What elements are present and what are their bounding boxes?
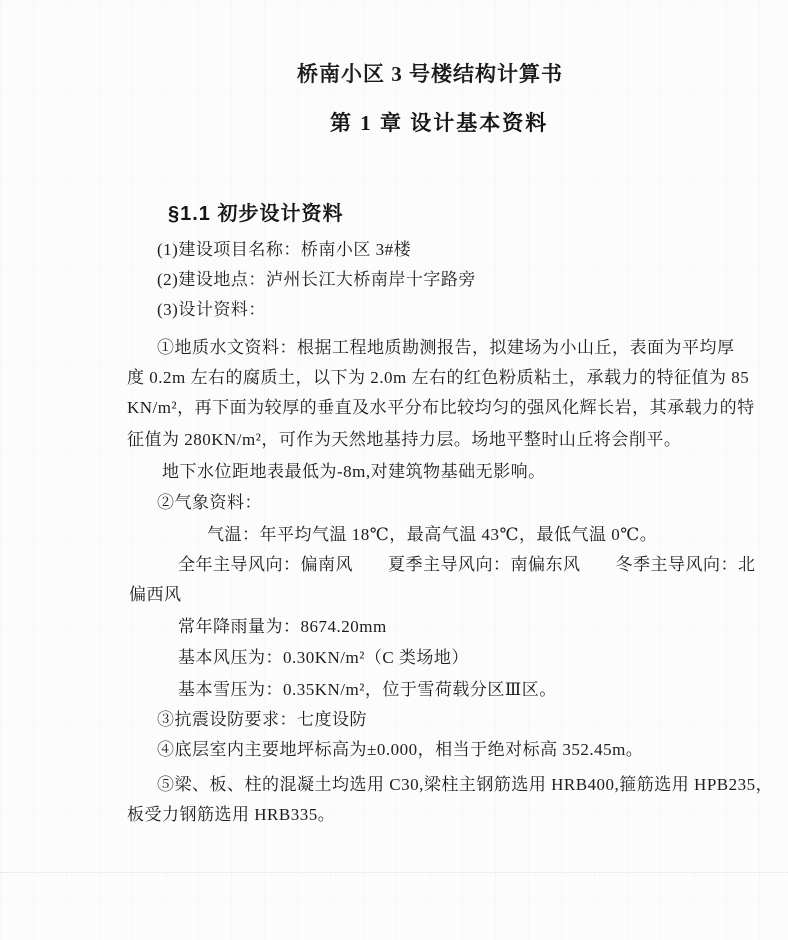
- doc-line-seismic: ③抗震设防要求：七度设防: [157, 707, 367, 733]
- doc-line-wind-dir-1: 全年主导风向：偏南风 夏季主导风向：南偏东风 冬季主导风向：北: [178, 552, 756, 578]
- doc-line-elevation: ④底层室内主要地坪标高为±0.000，相当于绝对标高 352.45m。: [157, 737, 643, 763]
- doc-line-geology-4: 征值为 280KN/m²，可作为天然地基持力层。场地平整时山丘将会削平。: [127, 427, 681, 453]
- document-page: 桥南小区 3 号楼结构计算书 第 1 章 设计基本资料 §1.1 初步设计资料 …: [0, 0, 788, 940]
- doc-line-wind-pressure: 基本风压为：0.30KN/m²（C 类场地）: [178, 645, 469, 671]
- doc-line-location: (2)建设地点：泸州长江大桥南岸十字路旁: [157, 267, 476, 293]
- document-title: 桥南小区 3 号楼结构计算书: [297, 58, 563, 88]
- doc-line-project-name: (1)建设项目名称：桥南小区 3#楼: [157, 237, 411, 263]
- section-heading: §1.1 初步设计资料: [168, 197, 343, 226]
- doc-line-design-data: (3)设计资料：: [157, 297, 266, 323]
- doc-line-geology-2: 度 0.2m 左右的腐质土，以下为 2.0m 左右的红色粉质粘土，承载力的特征值…: [127, 365, 749, 391]
- doc-line-groundwater: 地下水位距地表最低为-8m,对建筑物基础无影响。: [162, 459, 546, 485]
- doc-line-rainfall: 常年降雨量为：8674.20mm: [178, 614, 387, 640]
- doc-line-geology-1: ①地质水文资料：根据工程地质勘测报告，拟建场为小山丘，表面为平均厚: [157, 335, 735, 361]
- doc-line-weather-head: ②气象资料：: [157, 490, 262, 516]
- doc-line-materials-2: 板受力钢筋选用 HRB335。: [127, 802, 335, 828]
- doc-line-wind-dir-2: 偏西风: [129, 582, 182, 608]
- chapter-heading: 第 1 章 设计基本资料: [330, 107, 548, 137]
- doc-line-temperature: 气温：年平均气温 18℃，最高气温 43℃，最低气温 0℃。: [207, 522, 657, 548]
- doc-line-snow-pressure: 基本雪压为：0.35KN/m²，位于雪荷载分区Ⅲ区。: [178, 677, 557, 703]
- scan-artifact-line: [0, 872, 788, 873]
- doc-line-materials-1: ⑤梁、板、柱的混凝土均选用 C30,梁柱主钢筋选用 HRB400,箍筋选用 HP…: [157, 772, 773, 798]
- doc-line-geology-3: KN/m²，再下面为较厚的垂直及水平分布比较均匀的强风化辉长岩，其承载力的特: [127, 395, 755, 421]
